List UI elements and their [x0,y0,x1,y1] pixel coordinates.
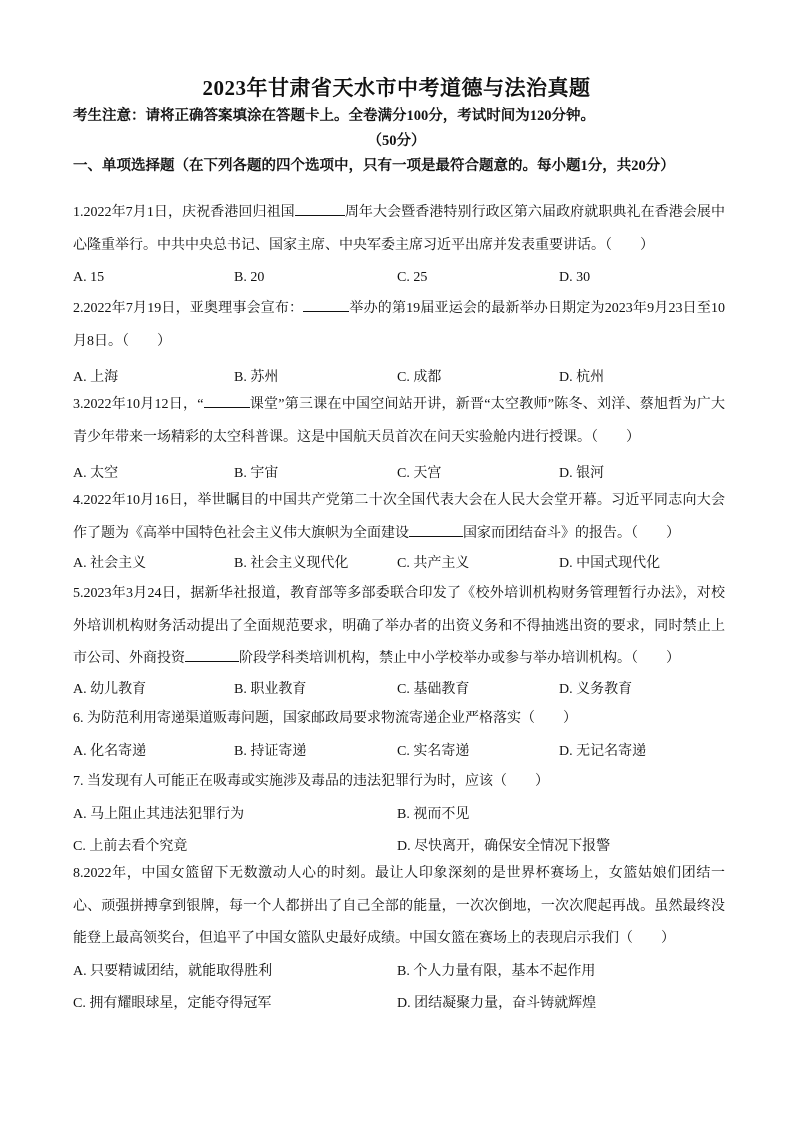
options-q2: A. 上海 B. 苏州 C. 成都 D. 杭州 [73,366,733,390]
question-stem-before: 2022年7月1日，庆祝香港回归祖国 [84,205,295,220]
option-b: B. 宇宙 [234,462,278,482]
option-b: B. 视而不见 [397,803,469,823]
answer-blank [303,297,349,312]
exam-title: 2023年甘肃省天水市中考道德与法治真题 [0,72,793,102]
exam-page: 2023年甘肃省天水市中考道德与法治真题 考生注意：请将正确答案填涂在答题卡上。… [0,0,793,1122]
options-q7-row2: C. 上前去看个究竟 D. 尽快离开，确保安全情况下报警 [73,835,733,859]
answer-blank [295,201,345,216]
options-q3: A. 太空 B. 宇宙 C. 天宫 D. 银河 [73,462,733,486]
option-b: B. 20 [234,270,264,286]
option-b: B. 职业教育 [234,678,306,698]
question-stem-after: 国家而团结奋斗》的报告。（ ） [463,526,680,541]
question-5: 5.2023年3月24日，据新华社报道，教育部等多部委联合印发了《校外培训机构财… [73,578,725,676]
options-q4: A. 社会主义 B. 社会主义现代化 C. 共产主义 D. 中国式现代化 [73,552,733,576]
option-b: B. 苏州 [234,366,278,386]
question-stem: 为防范利用寄递渠道贩毒问题，国家邮政局要求物流寄递企业严格落实（ ） [84,711,578,726]
question-number: 5. [73,586,84,601]
question-8: 8.2022年，中国女篮留下无数激动人心的时刻。最让人印象深刻的是世界杯赛场上，… [73,858,725,956]
question-3: 3.2022年10月12日，“课堂”第三课在中国空间站开讲，新晋“太空教师”陈冬… [73,389,725,454]
option-a: A. 化名寄递 [73,740,146,760]
question-stem-after: 阶段学科类培训机构，禁止中小学校举办或参与举办培训机构。（ ） [239,651,680,666]
option-a: A. 太空 [73,462,118,482]
option-d: D. 团结凝聚力量，奋斗铸就辉煌 [397,992,596,1012]
options-q8-row2: C. 拥有耀眼球星，定能夺得冠军 D. 团结凝聚力量，奋斗铸就辉煌 [73,992,733,1016]
answer-blank [185,647,239,662]
question-stem: 2022年，中国女篮留下无数激动人心的时刻。最让人印象深刻的是世界杯赛场上，女篮… [73,866,725,946]
question-stem-before: 2022年7月19日，亚奥理事会宣布： [84,301,304,316]
question-stem-before: 2022年10月12日，“ [84,397,204,412]
question-number: 1. [73,205,84,220]
question-stem: 当发现有人可能正在吸毒或实施涉及毒品的违法犯罪行为时，应该（ ） [84,774,550,789]
section-heading: 一、单项选择题（在下列各题的四个选项中，只有一项是最符合题意的。每小题1分，共2… [73,154,723,179]
option-d: D. 30 [559,270,590,286]
question-number: 3. [73,397,84,412]
question-number: 8. [73,866,84,881]
option-a: A. 马上阻止其违法犯罪行为 [73,803,244,823]
answer-blank [409,522,463,537]
option-a: A. 幼儿教育 [73,678,146,698]
question-6: 6. 为防范利用寄递渠道贩毒问题，国家邮政局要求物流寄递企业严格落实（ ） [73,703,725,736]
options-q1: A. 15 B. 20 C. 25 D. 30 [73,270,733,294]
options-q6: A. 化名寄递 B. 持证寄递 C. 实名寄递 D. 无记名寄递 [73,740,733,764]
part-score: （50分） [0,129,793,150]
question-2: 2.2022年7月19日，亚奥理事会宣布：举办的第19届亚运会的最新举办日期定为… [73,293,725,358]
option-c: C. 基础教育 [397,678,469,698]
option-c: C. 实名寄递 [397,740,469,760]
option-d: D. 银河 [559,462,604,482]
option-c: C. 共产主义 [397,552,469,572]
question-1: 1.2022年7月1日，庆祝香港回归祖国周年大会暨香港特别行政区第六届政府就职典… [73,197,725,262]
exam-notice: 考生注意：请将正确答案填涂在答题卡上。全卷满分100分，考试时间为120分钟。 [73,104,595,125]
option-a: A. 15 [73,270,104,286]
options-q8-row1: A. 只要精诚团结，就能取得胜利 B. 个人力量有限，基本不起作用 [73,960,733,984]
option-b: B. 社会主义现代化 [234,552,348,572]
option-c: C. 上前去看个究竟 [73,835,187,855]
question-number: 2. [73,301,84,316]
option-a: A. 只要精诚团结，就能取得胜利 [73,960,272,980]
question-4: 4.2022年10月16日，举世瞩目的中国共产党第二十次全国代表大会在人民大会堂… [73,485,725,550]
option-d: D. 无记名寄递 [559,740,646,760]
answer-blank [204,393,250,408]
options-q5: A. 幼儿教育 B. 职业教育 C. 基础教育 D. 义务教育 [73,678,733,702]
option-d: D. 中国式现代化 [559,552,660,572]
option-d: D. 义务教育 [559,678,632,698]
option-c: C. 拥有耀眼球星，定能夺得冠军 [73,992,271,1012]
option-d: D. 尽快离开，确保安全情况下报警 [397,835,610,855]
question-7: 7. 当发现有人可能正在吸毒或实施涉及毒品的违法犯罪行为时，应该（ ） [73,766,725,799]
question-number: 4. [73,493,84,508]
option-c: C. 25 [397,270,427,286]
question-number: 6. [73,711,84,726]
question-number: 7. [73,774,84,789]
option-c: C. 成都 [397,366,441,386]
option-b: B. 个人力量有限，基本不起作用 [397,960,595,980]
option-d: D. 杭州 [559,366,604,386]
option-a: A. 社会主义 [73,552,146,572]
option-c: C. 天宫 [397,462,441,482]
option-b: B. 持证寄递 [234,740,306,760]
option-a: A. 上海 [73,366,118,386]
options-q7-row1: A. 马上阻止其违法犯罪行为 B. 视而不见 [73,803,733,827]
